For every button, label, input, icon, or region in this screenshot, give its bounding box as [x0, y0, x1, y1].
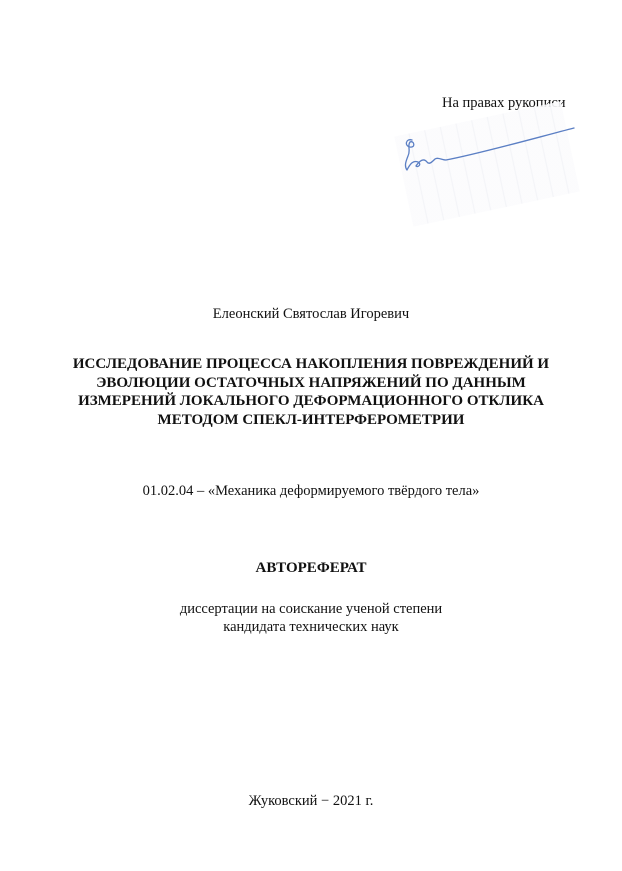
specialty-code: 01.02.04 – «Механика деформируемого твёр…	[0, 483, 622, 500]
degree-purpose: диссертации на соискание ученой степени …	[0, 601, 622, 636]
author-name: Елеонский Святослав Игоревич	[0, 306, 622, 323]
title-line: МЕТОДОМ СПЕКЛ-ИНТЕРФЕРОМЕТРИИ	[60, 411, 562, 430]
place-year: Жуковский − 2021 г.	[0, 793, 622, 810]
purpose-line: кандидата технических наук	[0, 619, 622, 637]
signature-icon	[398, 120, 578, 190]
title-line: ИЗМЕРЕНИЙ ЛОКАЛЬНОГО ДЕФОРМАЦИОННОГО ОТК…	[60, 392, 562, 411]
title-line: ИССЛЕДОВАНИЕ ПРОЦЕССА НАКОПЛЕНИЯ ПОВРЕЖД…	[60, 355, 562, 374]
dissertation-title: ИССЛЕДОВАНИЕ ПРОЦЕССА НАКОПЛЕНИЯ ПОВРЕЖД…	[60, 355, 562, 429]
purpose-line: диссертации на соискание ученой степени	[0, 601, 622, 619]
document-type: АВТОРЕФЕРАТ	[0, 560, 622, 577]
title-line: ЭВОЛЮЦИИ ОСТАТОЧНЫХ НАПРЯЖЕНИЙ ПО ДАННЫМ	[60, 374, 562, 393]
